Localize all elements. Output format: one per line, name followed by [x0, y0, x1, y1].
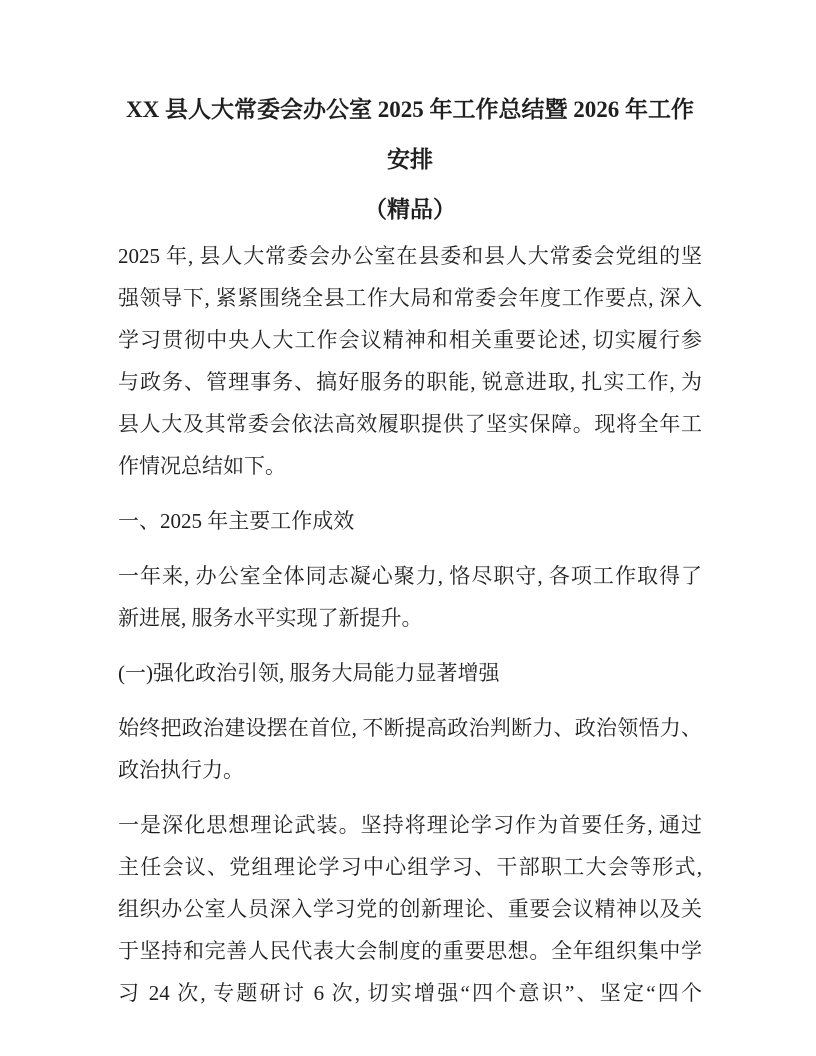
paragraph-line: 于坚持和完善人民代表大会制度的重要思想。全年组织集中学 [118, 930, 702, 972]
section-heading: 一、2025 年主要工作成效 [118, 500, 702, 542]
section-heading: (一)强化政治引领, 服务大局能力显著增强 [118, 652, 702, 694]
paragraph-line: 组织办公室人员深入学习党的创新理论、重要会议精神以及关 [118, 888, 702, 930]
document-content: XX 县人大常委会办公室 2025 年工作总结暨 2026 年工作安排 （精品）… [118, 85, 702, 1027]
paragraph-line: 强领导下, 紧紧围绕全县工作大局和常委会年度工作要点, 深入 [118, 277, 702, 319]
paragraph-line: 2025 年, 县人大常委会办公室在县委和县人大常委会党组的坚 [118, 235, 702, 277]
paragraph-line: 主任会议、党组理论学习中心组学习、干部职工大会等形式, [118, 846, 702, 888]
document-title-line1: XX 县人大常委会办公室 2025 年工作总结暨 2026 年工作安排 [118, 85, 702, 185]
body-paragraph: 始终把政治建设摆在首位, 不断提高政治判断力、政治领悟力、政治执行力。 [118, 707, 702, 791]
paragraph-line: 新进展, 服务水平实现了新提升。 [118, 597, 702, 639]
body-paragraph: 一是深化思想理论武装。坚持将理论学习作为首要任务, 通过主任会议、党组理论学习中… [118, 804, 702, 1014]
paragraph-line: 习 24 次, 专题研讨 6 次, 切实增强“四个意识”、坚定“四个 [118, 972, 702, 1014]
body-paragraph: 2025 年, 县人大常委会办公室在县委和县人大常委会党组的坚强领导下, 紧紧围… [118, 235, 702, 487]
paragraph-line: 政治执行力。 [118, 749, 702, 791]
paragraph-line: 学习贯彻中央人大工作会议精神和相关重要论述, 切实履行参 [118, 319, 702, 361]
paragraph-line: 作情况总结如下。 [118, 445, 702, 487]
heading-text: 一、2025 年主要工作成效 [118, 500, 702, 542]
paragraph-line: 一是深化思想理论武装。坚持将理论学习作为首要任务, 通过 [118, 804, 702, 846]
document-page: XX 县人大常委会办公室 2025 年工作总结暨 2026 年工作安排 （精品）… [0, 0, 816, 1056]
heading-text: (一)强化政治引领, 服务大局能力显著增强 [118, 652, 702, 694]
document-body: 2025 年, 县人大常委会办公室在县委和县人大常委会党组的坚强领导下, 紧紧围… [118, 235, 702, 1014]
document-title-line2: （精品） [118, 185, 702, 235]
paragraph-line: 一年来, 办公室全体同志凝心聚力, 恪尽职守, 各项工作取得了 [118, 555, 702, 597]
paragraph-line: 始终把政治建设摆在首位, 不断提高政治判断力、政治领悟力、 [118, 707, 702, 749]
paragraph-line: 县人大及其常委会依法高效履职提供了坚实保障。现将全年工 [118, 403, 702, 445]
body-paragraph: 一年来, 办公室全体同志凝心聚力, 恪尽职守, 各项工作取得了新进展, 服务水平… [118, 555, 702, 639]
paragraph-line: 与政务、管理事务、搞好服务的职能, 锐意进取, 扎实工作, 为 [118, 361, 702, 403]
document-title: XX 县人大常委会办公室 2025 年工作总结暨 2026 年工作安排 （精品） [118, 85, 702, 235]
